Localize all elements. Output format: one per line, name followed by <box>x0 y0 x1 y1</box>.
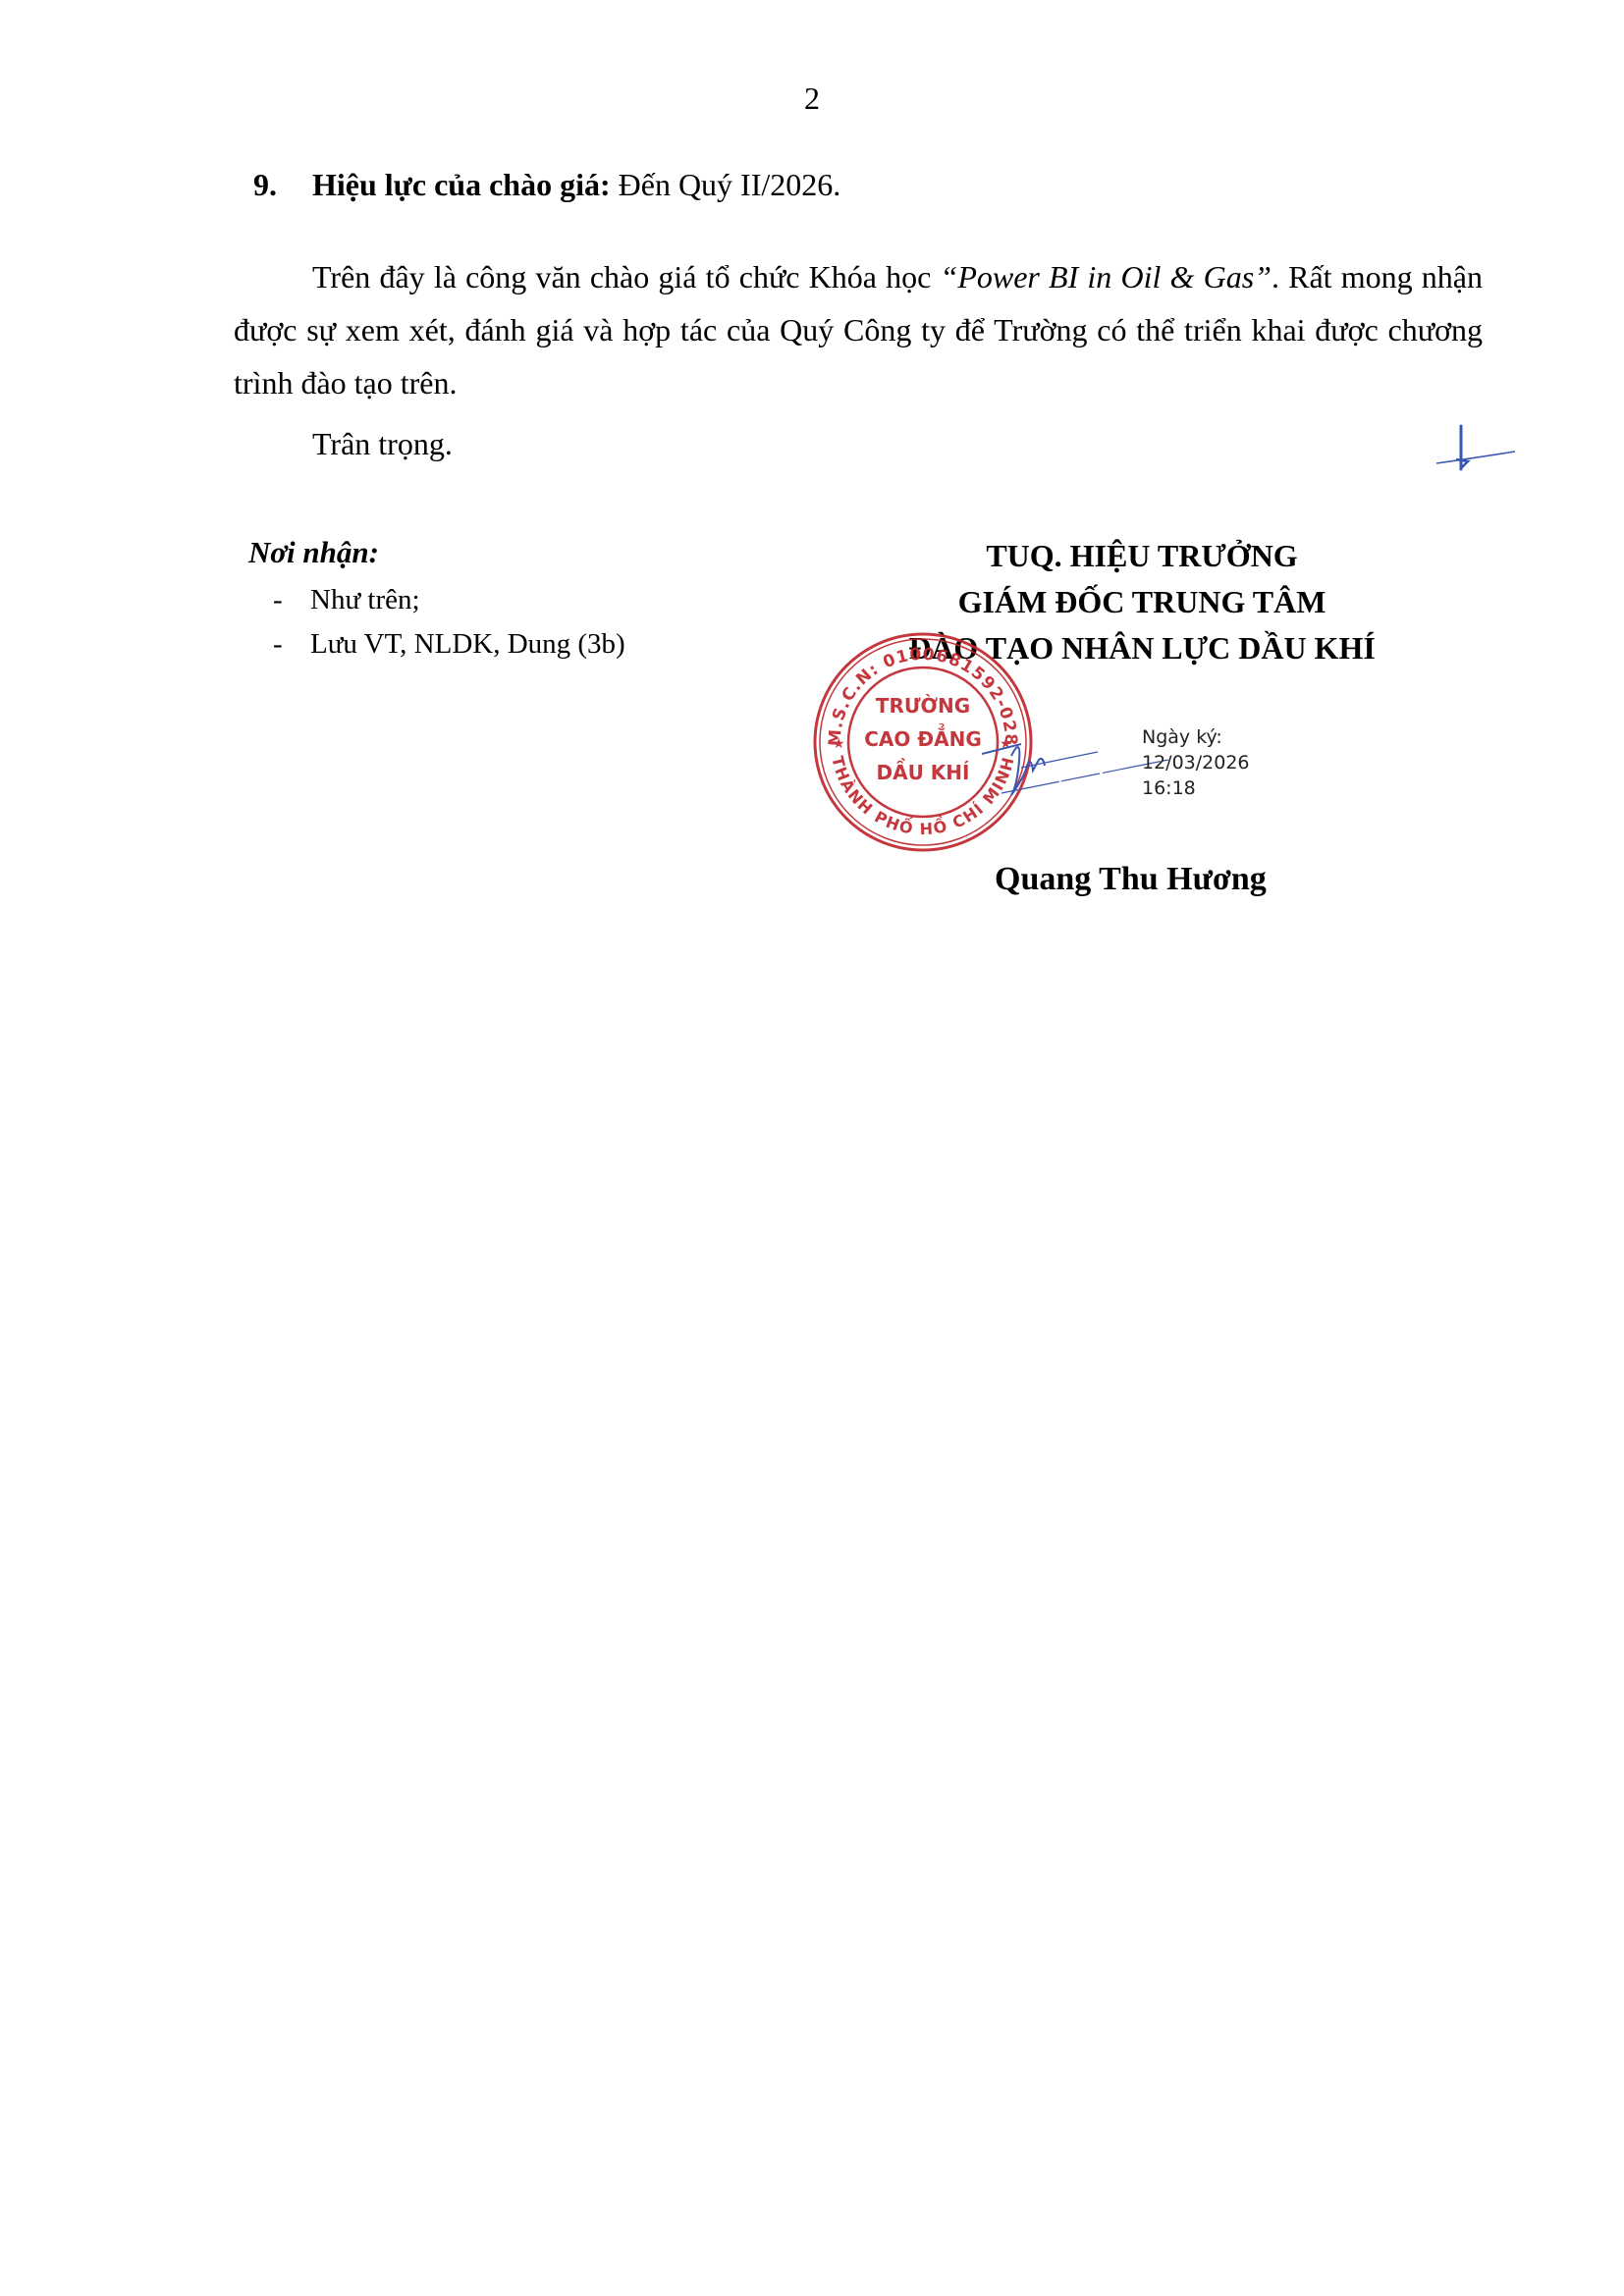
page-number: 2 <box>0 80 1624 117</box>
star-icon: ★ <box>833 736 845 752</box>
digital-signature-info: Ngày ký: 12/03/2026 16:18 <box>1142 724 1250 801</box>
closing-text: Trân trọng. <box>312 426 453 462</box>
stamp-center-line: CAO ĐẲNG <box>864 724 982 751</box>
item-label: Hiệu lực của chào giá: <box>312 167 611 202</box>
signer-name: Quang Thu Hương <box>995 861 1267 898</box>
recipients-title: Nơi nhận: <box>248 535 625 570</box>
position-line: GIÁM ĐỐC TRUNG TÂM <box>844 579 1439 625</box>
signed-date-label: Ngày ký: <box>1142 724 1250 750</box>
item-value: Đến Quý II/2026. <box>611 167 841 202</box>
recipient-text: Lưu VT, NLDK, Dung (3b) <box>310 628 625 660</box>
authority-line: TUQ. HIỆU TRƯỞNG <box>844 533 1439 579</box>
signed-date: 12/03/2026 <box>1142 750 1250 775</box>
validity-item: 9.Hiệu lực của chào giá: Đến Quý II/2026… <box>253 167 840 203</box>
initials-mark-icon <box>1429 420 1527 479</box>
handwritten-signature-icon <box>982 717 1168 815</box>
item-number: 9. <box>253 167 312 203</box>
recipient-text: Như trên; <box>310 584 420 615</box>
list-item: -Như trên; <box>248 578 625 622</box>
recipients-list: Nơi nhận: -Như trên; -Lưu VT, NLDK, Dung… <box>248 535 625 667</box>
stamp-center-line: TRƯỜNG <box>876 694 970 718</box>
bullet: - <box>273 622 283 667</box>
course-name: “Power BI in Oil & Gas” <box>941 259 1272 294</box>
paragraph-text: Trên đây là công văn chào giá tổ chức Kh… <box>312 259 941 294</box>
body-paragraph: Trên đây là công văn chào giá tổ chức Kh… <box>234 250 1483 409</box>
signed-time: 16:18 <box>1142 775 1250 801</box>
stamp-center-line: DẦU KHÍ <box>877 759 970 784</box>
bullet: - <box>273 578 283 622</box>
list-item: -Lưu VT, NLDK, Dung (3b) <box>248 622 625 667</box>
